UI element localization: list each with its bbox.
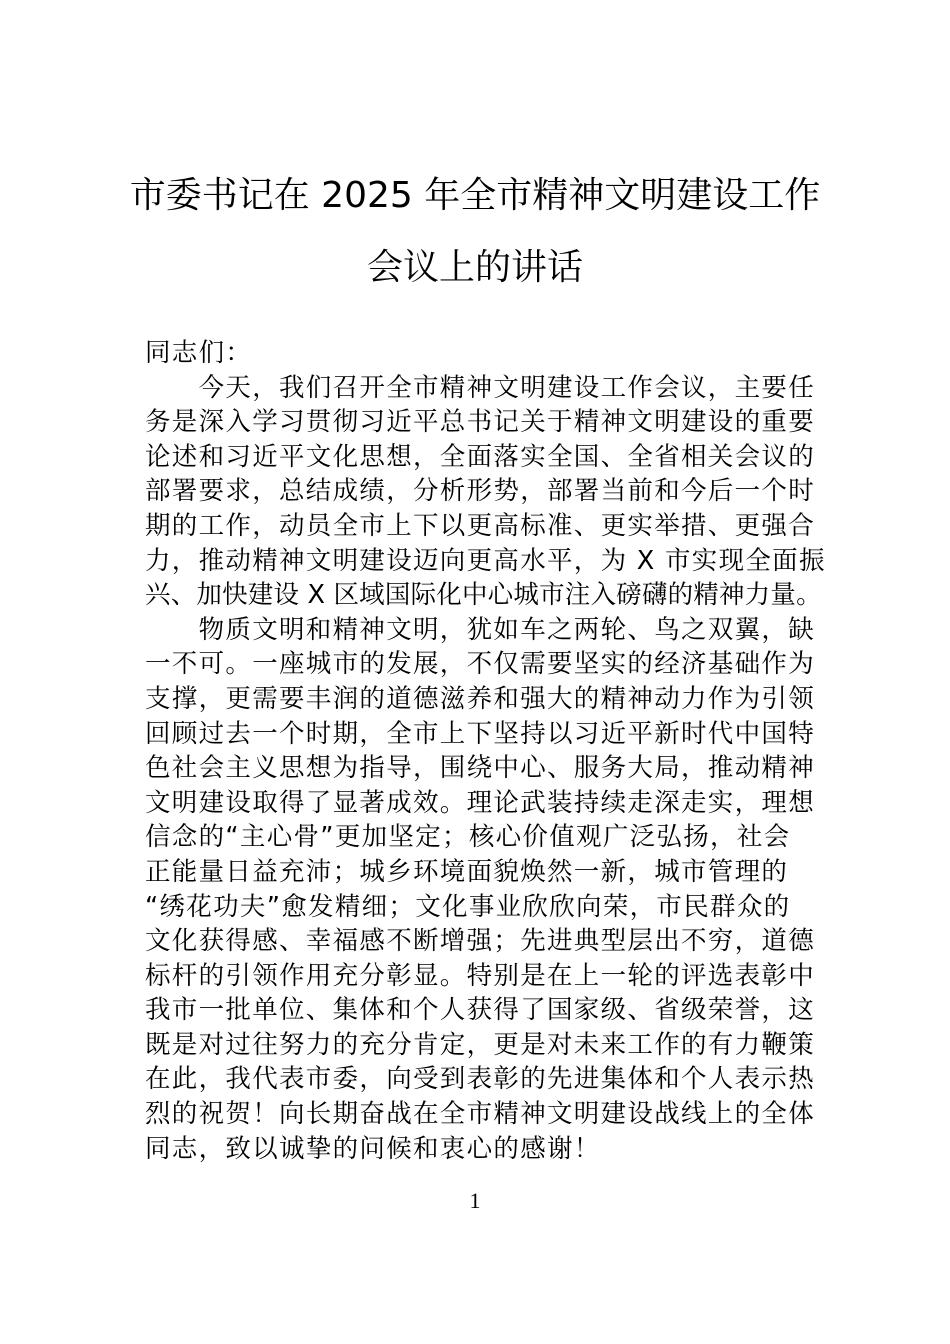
document-body: 同志们： 今天，我们召开全市精神文明建设工作会议，主要任 务是深入学习贯彻习近平… xyxy=(145,336,809,1166)
body-line: 务是深入学习贯彻习近平总书记关于精神文明建设的重要 xyxy=(145,405,809,440)
body-line: 回顾过去一个时期，全市上下坚持以习近平新时代中国特 xyxy=(145,717,809,752)
document-title-line-1: 市委书记在 2025 年全市精神文明建设工作 xyxy=(100,174,850,218)
body-line: 一不可。一座城市的发展，不仅需要坚实的经济基础作为 xyxy=(145,647,809,682)
body-line: 文明建设取得了显著成效。理论武装持续走深走实，理想 xyxy=(145,786,809,821)
page-number: 1 xyxy=(0,1188,950,1214)
body-line: 兴、加快建设 X 区域国际化中心城市注入磅礴的精神力量。 xyxy=(145,578,809,613)
body-line: 文化获得感、幸福感不断增强；先进典型层出不穷，道德 xyxy=(145,924,809,959)
body-line: 我市一批单位、集体和个人获得了国家级、省级荣誉，这 xyxy=(145,993,809,1028)
salutation: 同志们： xyxy=(145,336,809,371)
body-line: 论述和习近平文化思想，全面落实全国、全省相关会议的 xyxy=(145,440,809,475)
body-line: 标杆的引领作用充分彰显。特别是在上一轮的评选表彰中 xyxy=(145,959,809,994)
body-line: 正能量日益充沛；城乡环境面貌焕然一新，城市管理的 xyxy=(145,855,809,890)
document-title-line-2: 会议上的讲话 xyxy=(100,246,850,290)
body-line: 今天，我们召开全市精神文明建设工作会议，主要任 xyxy=(145,371,809,406)
body-line: 烈的祝贺！向长期奋战在全市精神文明建设战线上的全体 xyxy=(145,1097,809,1132)
body-line: 力，推动精神文明建设迈向更高水平，为 X 市实现全面振 xyxy=(145,544,809,579)
body-line: 期的工作，动员全市上下以更高标准、更实举措、更强合 xyxy=(145,509,809,544)
body-line: 支撑，更需要丰润的道德滋养和强大的精神动力作为引领 xyxy=(145,682,809,717)
document-page: 市委书记在 2025 年全市精神文明建设工作 会议上的讲话 同志们： 今天，我们… xyxy=(0,0,950,1344)
body-line: 同志，致以诚挚的问候和衷心的感谢！ xyxy=(145,1132,809,1167)
body-line: 部署要求，总结成绩，分析形势，部署当前和今后一个时 xyxy=(145,474,809,509)
body-line: “绣花功夫”愈发精细；文化事业欣欣向荣，市民群众的 xyxy=(145,890,809,925)
body-line: 色社会主义思想为指导，围绕中心、服务大局，推动精神 xyxy=(145,751,809,786)
body-line: 既是对过往努力的充分肯定，更是对未来工作的有力鞭策 xyxy=(145,1028,809,1063)
body-line: 信念的“主心骨”更加坚定；核心价值观广泛弘扬，社会 xyxy=(145,820,809,855)
body-line: 物质文明和精神文明，犹如车之两轮、鸟之双翼，缺 xyxy=(145,613,809,648)
body-line: 在此，我代表市委，向受到表彰的先进集体和个人表示热 xyxy=(145,1062,809,1097)
